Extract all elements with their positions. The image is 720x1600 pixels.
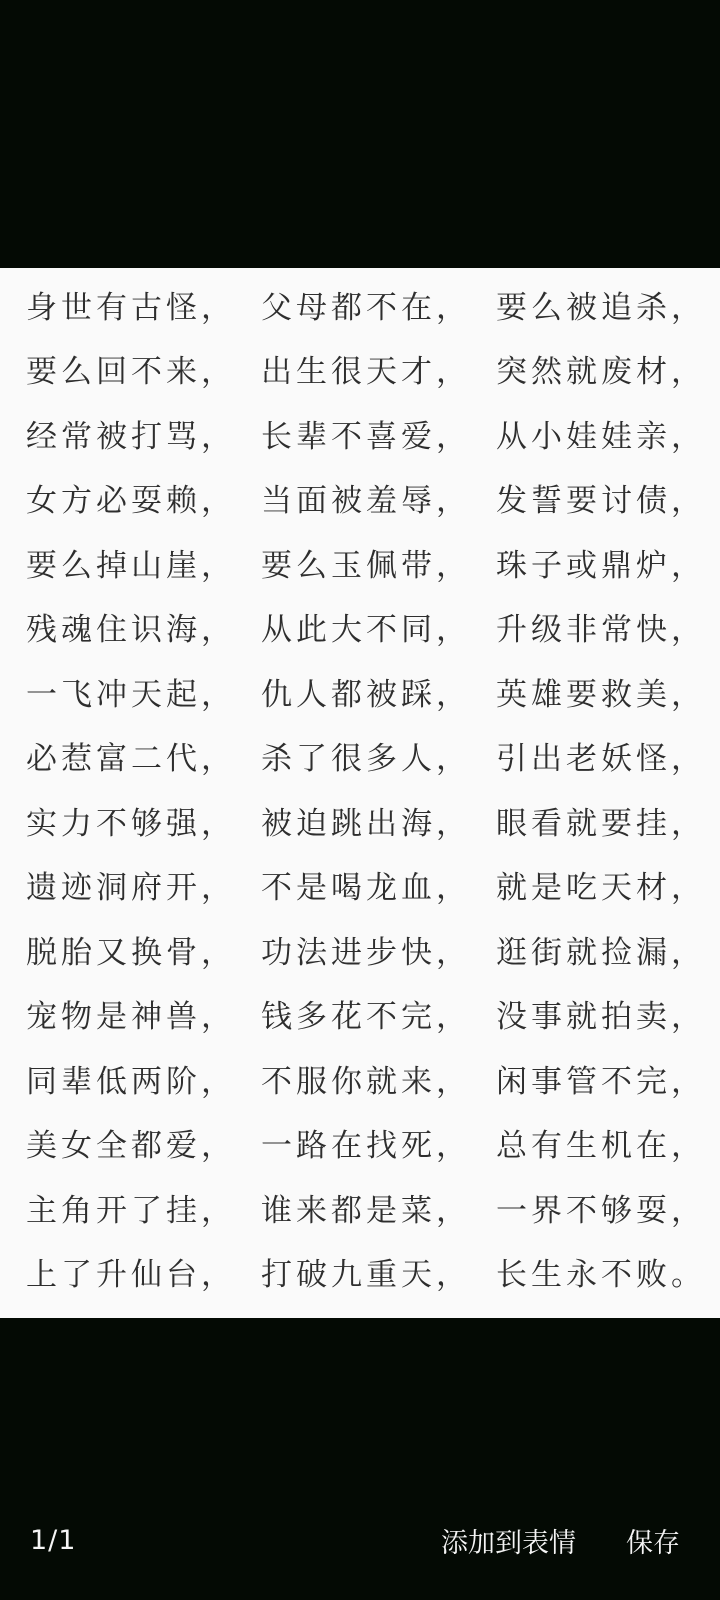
poem-phrase: 当面被羞辱， (261, 486, 471, 517)
save-button[interactable]: 保存 (626, 1521, 680, 1560)
poem-phrase: 升级非常快， (496, 615, 706, 646)
poem-phrase: 要么被追杀， (496, 293, 706, 324)
poem-phrase: 总有生机在， (496, 1131, 706, 1162)
poem-phrase: 不服你就来， (261, 1067, 471, 1098)
poem-phrase: 眼看就要挂， (496, 809, 706, 840)
poem-line: 实力不够强， 被迫跳出海， 眼看就要挂， (26, 809, 706, 840)
poem-phrase: 不是喝龙血， (261, 873, 471, 904)
photo-image[interactable]: 身世有古怪， 父母都不在， 要么被追杀， 要么回不来， 出生很天才， 突然就废材… (0, 268, 720, 1318)
poem-phrase: 美女全都爱， (26, 1131, 236, 1162)
poem-phrase: 打破九重天， (261, 1260, 471, 1291)
poem-phrase: 逛街就捡漏， (496, 938, 706, 969)
poem-line: 同辈低两阶， 不服你就来， 闲事管不完， (26, 1067, 706, 1098)
poem-line: 必惹富二代， 杀了很多人， 引出老妖怪， (26, 744, 706, 775)
poem-line: 一飞冲天起， 仇人都被踩， 英雄要救美， (26, 680, 706, 711)
poem-phrase: 一飞冲天起， (26, 680, 236, 711)
poem-phrase: 发誓要讨债， (496, 486, 706, 517)
poem-line: 主角开了挂， 谁来都是菜， 一界不够耍， (26, 1196, 706, 1227)
poem-phrase: 仇人都被踩， (261, 680, 471, 711)
poem-phrase: 引出老妖怪， (496, 744, 706, 775)
poem-line: 脱胎又换骨， 功法进步快， 逛街就捡漏， (26, 938, 706, 969)
poem-phrase: 遗迹洞府开， (26, 873, 236, 904)
poem-phrase: 残魂住识海， (26, 615, 236, 646)
poem-phrase: 主角开了挂， (26, 1196, 236, 1227)
page-indicator: 1/1 (30, 1525, 76, 1556)
poem-phrase: 杀了很多人， (261, 744, 471, 775)
poem-phrase: 一路在找死， (261, 1131, 471, 1162)
poem-phrase: 钱多花不完， (261, 1002, 471, 1033)
poem-phrase: 实力不够强， (26, 809, 236, 840)
poem-phrase: 英雄要救美， (496, 680, 706, 711)
poem-phrase: 经常被打骂， (26, 422, 236, 453)
add-to-stickers-button[interactable]: 添加到表情 (441, 1521, 576, 1560)
poem-phrase: 上了升仙台， (26, 1260, 236, 1291)
poem-phrase: 谁来都是菜， (261, 1196, 471, 1227)
poem-phrase: 功法进步快， (261, 938, 471, 969)
poem-phrase: 出生很天才， (261, 357, 471, 388)
action-buttons: 添加到表情 保存 (441, 1521, 680, 1560)
poem-phrase: 长辈不喜爱， (261, 422, 471, 453)
poem-line: 残魂住识海， 从此大不同， 升级非常快， (26, 615, 706, 646)
poem-line: 女方必耍赖， 当面被羞辱， 发誓要讨债， (26, 486, 706, 517)
poem-phrase: 父母都不在， (261, 293, 471, 324)
poem-phrase: 脱胎又换骨， (26, 938, 236, 969)
poem-phrase: 一界不够耍， (496, 1196, 706, 1227)
poem-phrase: 宠物是神兽， (26, 1002, 236, 1033)
bottom-bar: 1/1 添加到表情 保存 (0, 1500, 720, 1580)
poem-line: 要么回不来， 出生很天才， 突然就废材， (26, 357, 706, 388)
poem-line: 上了升仙台， 打破九重天， 长生永不败。 (26, 1260, 706, 1291)
poem-phrase: 要么掉山崖， (26, 551, 236, 582)
poem-phrase: 没事就拍卖， (496, 1002, 706, 1033)
poem-line: 宠物是神兽， 钱多花不完， 没事就拍卖， (26, 1002, 706, 1033)
poem-line: 身世有古怪， 父母都不在， 要么被追杀， (26, 293, 706, 324)
poem-line: 美女全都爱， 一路在找死， 总有生机在， (26, 1131, 706, 1162)
poem-phrase: 长生永不败。 (496, 1260, 706, 1291)
poem-phrase: 要么玉佩带， (261, 551, 471, 582)
poem-phrase: 闲事管不完， (496, 1067, 706, 1098)
poem-phrase: 从此大不同， (261, 615, 471, 646)
image-viewer-screen: 身世有古怪， 父母都不在， 要么被追杀， 要么回不来， 出生很天才， 突然就废材… (0, 0, 720, 1600)
poem-phrase: 必惹富二代， (26, 744, 236, 775)
poem-line: 经常被打骂， 长辈不喜爱， 从小娃娃亲， (26, 422, 706, 453)
poem-line: 要么掉山崖， 要么玉佩带， 珠子或鼎炉， (26, 551, 706, 582)
poem-line: 遗迹洞府开， 不是喝龙血， 就是吃天材， (26, 873, 706, 904)
poem-phrase: 身世有古怪， (26, 293, 236, 324)
poem-phrase: 同辈低两阶， (26, 1067, 236, 1098)
poem-phrase: 珠子或鼎炉， (496, 551, 706, 582)
poem-phrase: 女方必耍赖， (26, 486, 236, 517)
poem-phrase: 要么回不来， (26, 357, 236, 388)
poem-phrase: 被迫跳出海， (261, 809, 471, 840)
poem-phrase: 就是吃天材， (496, 873, 706, 904)
poem-phrase: 从小娃娃亲， (496, 422, 706, 453)
poem-phrase: 突然就废材， (496, 357, 706, 388)
